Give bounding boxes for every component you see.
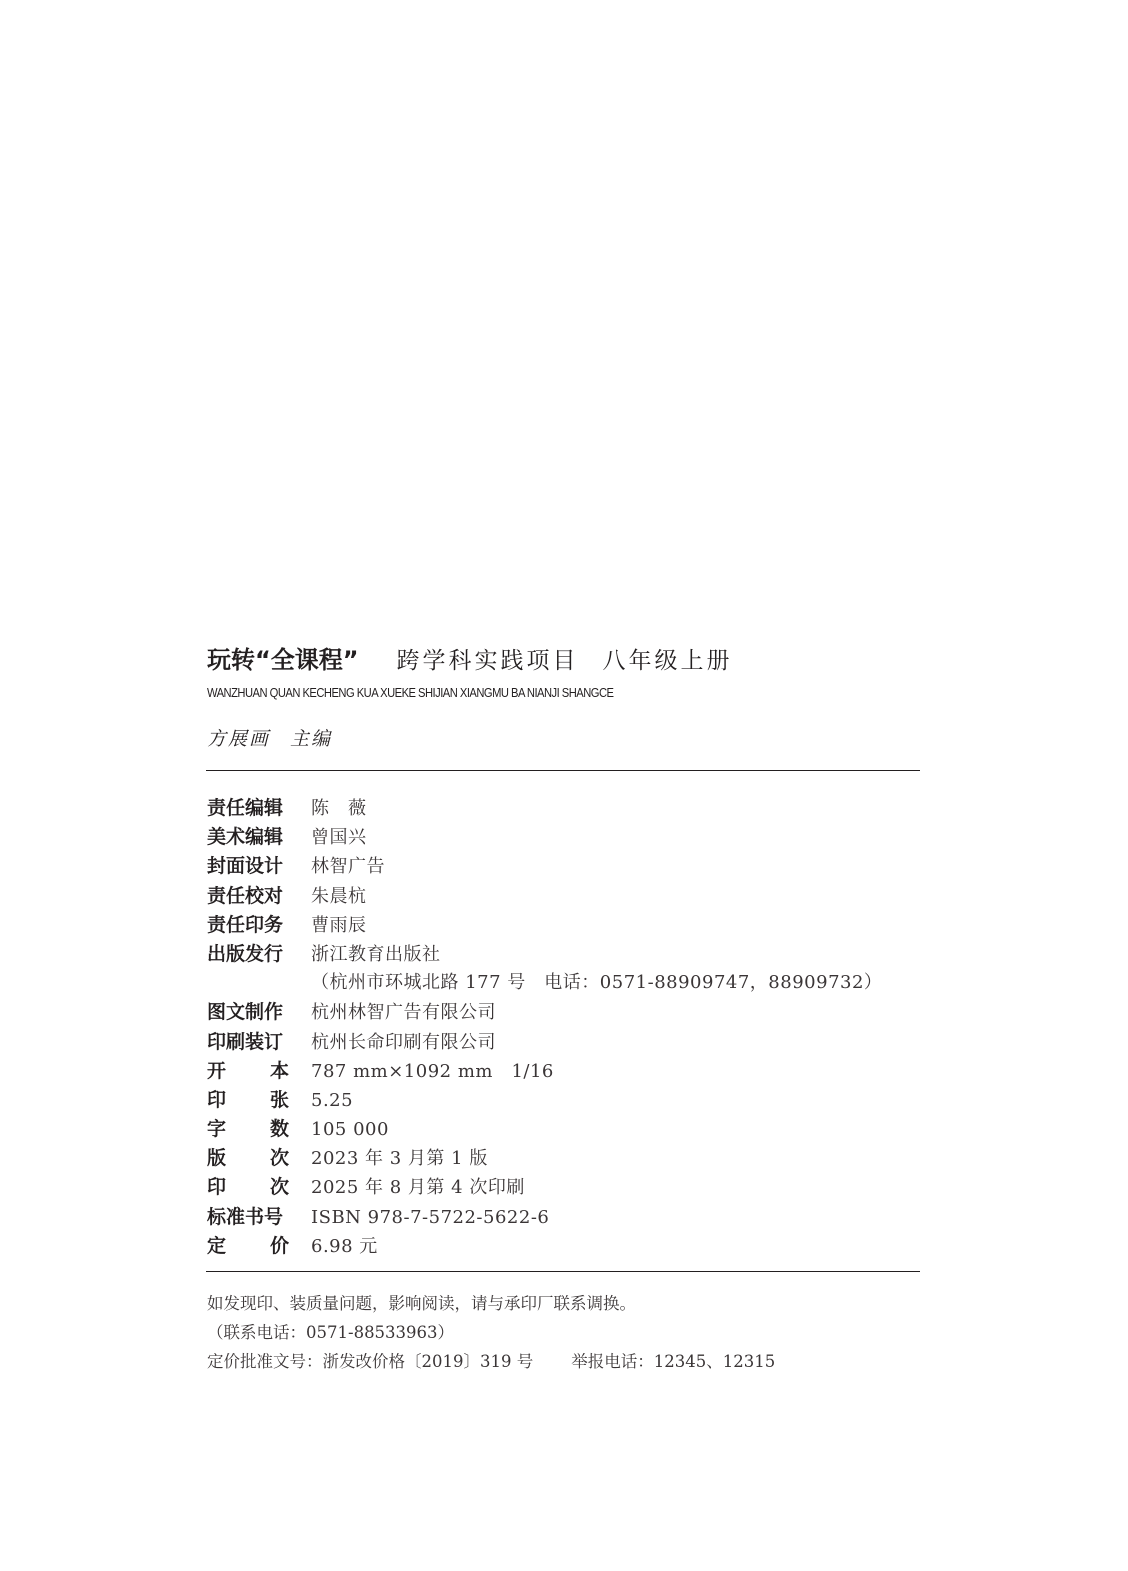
- credit-label: 印次: [207, 1172, 289, 1199]
- credit-value: 杭州长命印刷有限公司: [311, 1028, 496, 1054]
- credit-label: 印张: [207, 1085, 289, 1112]
- credit-value: 5.25: [311, 1090, 353, 1111]
- credit-value: 浙江教育出版社: [311, 940, 441, 966]
- publisher-address: （杭州市环城北路 177 号 电话：0571-88909747，88909732…: [311, 968, 882, 994]
- credit-value: 林智广告: [311, 852, 385, 878]
- credit-label: 美术编辑: [207, 822, 289, 849]
- credit-value: 2025 年 8 月第 4 次印刷: [311, 1173, 525, 1199]
- credit-label: 封面设计: [207, 851, 289, 878]
- price-approval: 定价批准文号：浙发改价格〔2019〕319 号: [207, 1352, 533, 1371]
- credit-label: 出版发行: [207, 939, 289, 966]
- credit-row-format: 开本 787 mm×1092 mm 1/16: [207, 1056, 921, 1085]
- divider-bottom: [206, 1271, 920, 1272]
- quality-notice: 如发现印、装质量问题，影响阅读，请与承印厂联系调换。: [207, 1290, 775, 1319]
- credit-label: 责任校对: [207, 881, 289, 908]
- credit-row-art-editor: 美术编辑 曾国兴: [207, 822, 921, 851]
- credit-value: 杭州林智广告有限公司: [311, 998, 496, 1024]
- title-grade: 八年级上册: [603, 642, 733, 675]
- report-hotline: 举报电话：12345、12315: [571, 1352, 775, 1371]
- credit-label: 标准书号: [207, 1202, 289, 1229]
- credit-row-typesetting: 图文制作 杭州林智广告有限公司: [207, 997, 921, 1026]
- credit-row-responsible-editor: 责任编辑 陈 薇: [207, 793, 921, 822]
- credit-row-sheets: 印张 5.25: [207, 1085, 921, 1114]
- credit-label: 责任编辑: [207, 793, 289, 820]
- divider-top: [206, 770, 920, 771]
- credits-list: 责任编辑 陈 薇 美术编辑 曾国兴 封面设计 林智广告 责任校对 朱晨杭 责任印…: [207, 793, 921, 1260]
- contact-phone: （联系电话：0571-88533963）: [207, 1319, 775, 1348]
- credit-row-word-count: 字数 105 000: [207, 1114, 921, 1143]
- credit-row-cover-design: 封面设计 林智广告: [207, 851, 921, 880]
- credit-value: 曹雨辰: [311, 911, 367, 937]
- isbn-value: ISBN 978-7-5722-5622-6: [311, 1207, 549, 1228]
- credit-label: 字数: [207, 1114, 289, 1141]
- credit-label: 定价: [207, 1231, 289, 1258]
- credit-row-price: 定价 6.98 元: [207, 1231, 921, 1260]
- credit-value: 105 000: [311, 1119, 389, 1140]
- price-value: 6.98 元: [311, 1232, 378, 1258]
- editor-name: 方展画: [207, 728, 270, 750]
- credit-row-printing-number: 印次 2025 年 8 月第 4 次印刷: [207, 1172, 921, 1201]
- credit-row-isbn: 标准书号 ISBN 978-7-5722-5622-6: [207, 1202, 921, 1231]
- credit-value: 陈 薇: [311, 794, 367, 820]
- credit-label: 版次: [207, 1143, 289, 1170]
- credit-value: 朱晨杭: [311, 882, 367, 908]
- editor-role: 主编: [290, 728, 332, 750]
- credit-row-proofreader: 责任校对 朱晨杭: [207, 881, 921, 910]
- title-main: 玩转“全课程”: [207, 640, 359, 675]
- copyright-page: 玩转“全课程” 跨学科实践项目 八年级上册 WANZHUAN QUAN KECH…: [0, 0, 1128, 1571]
- footer-notes: 如发现印、装质量问题，影响阅读，请与承印厂联系调换。 （联系电话：0571-88…: [207, 1290, 775, 1377]
- credit-row-print-manager: 责任印务 曹雨辰: [207, 910, 921, 939]
- credit-value: 曾国兴: [311, 823, 367, 849]
- credit-label: 印刷装订: [207, 1027, 289, 1054]
- credit-row-printing: 印刷装订 杭州长命印刷有限公司: [207, 1027, 921, 1056]
- credit-label: 责任印务: [207, 910, 289, 937]
- title-pinyin: WANZHUAN QUAN KECHENG KUA XUEKE SHIJIAN …: [207, 685, 613, 700]
- credit-row-publisher: 出版发行 浙江教育出版社: [207, 939, 921, 968]
- book-title: 玩转“全课程” 跨学科实践项目 八年级上册: [207, 640, 733, 675]
- credit-label: 图文制作: [207, 997, 289, 1024]
- approval-and-hotline: 定价批准文号：浙发改价格〔2019〕319 号举报电话：12345、12315: [207, 1348, 775, 1377]
- chief-editor: 方展画主编: [207, 724, 332, 751]
- credit-value: 787 mm×1092 mm 1/16: [311, 1057, 554, 1083]
- credit-label: 开本: [207, 1056, 289, 1083]
- credit-value: 2023 年 3 月第 1 版: [311, 1144, 488, 1170]
- title-subtitle: 跨学科实践项目: [397, 642, 579, 675]
- credit-row-publisher-address: （杭州市环城北路 177 号 电话：0571-88909747，88909732…: [207, 968, 921, 997]
- credit-row-edition: 版次 2023 年 3 月第 1 版: [207, 1143, 921, 1172]
